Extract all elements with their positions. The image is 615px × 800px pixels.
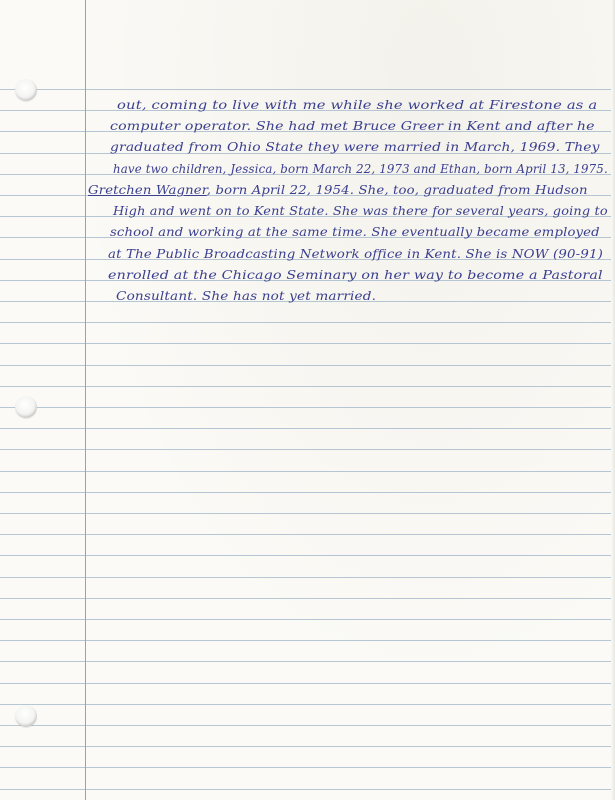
ruled-line — [0, 683, 612, 684]
underlined-name: Gretchen Wagner — [88, 182, 207, 197]
handwritten-line-10: Consultant. She has not yet married. — [116, 288, 376, 303]
ruled-line — [0, 365, 612, 366]
binder-hole-bottom — [15, 705, 37, 727]
ruled-line — [0, 661, 612, 662]
ruled-line — [0, 89, 612, 90]
handwritten-line-8: at The Public Broadcasting Network offic… — [108, 246, 603, 261]
red-margin-line — [85, 0, 86, 800]
binder-hole-top — [15, 79, 37, 101]
ruled-line — [0, 640, 612, 641]
binder-hole-middle — [15, 396, 37, 418]
notebook-page: out, coming to live with me while she wo… — [0, 0, 615, 800]
page-edge — [611, 0, 615, 800]
handwritten-line-3: graduated from Ohio State they were marr… — [110, 139, 600, 154]
handwritten-line-7: school and working at the same time. She… — [110, 224, 600, 239]
ruled-line — [0, 407, 612, 408]
ruled-line — [0, 471, 612, 472]
ruled-line — [0, 386, 612, 387]
ruled-line — [0, 513, 612, 514]
handwritten-line-5: Gretchen Wagner, born April 22, 1954. Sh… — [88, 182, 588, 197]
ruled-line — [0, 577, 612, 578]
handwritten-line-6: High and went on to Kent State. She was … — [113, 203, 608, 218]
handwritten-line-4: have two children, Jessica, born March 2… — [113, 161, 608, 176]
ruled-line — [0, 598, 612, 599]
ruled-line — [0, 704, 612, 705]
ruled-line — [0, 428, 612, 429]
ruled-line — [0, 449, 612, 450]
ruled-line — [0, 322, 612, 323]
handwritten-line-9: enrolled at the Chicago Seminary on her … — [108, 267, 603, 282]
ruled-line — [0, 492, 612, 493]
line-5-text: , born April 22, 1954. She, too, graduat… — [207, 182, 588, 197]
handwritten-line-1: out, coming to live with me while she wo… — [117, 97, 597, 112]
ruled-line — [0, 725, 612, 726]
ruled-line — [0, 767, 612, 768]
ruled-line — [0, 789, 612, 790]
ruled-line — [0, 343, 612, 344]
ruled-line — [0, 534, 612, 535]
ruled-line — [0, 555, 612, 556]
ruled-line — [0, 619, 612, 620]
ruled-line — [0, 746, 612, 747]
handwritten-line-2: computer operator. She had met Bruce Gre… — [110, 118, 595, 133]
